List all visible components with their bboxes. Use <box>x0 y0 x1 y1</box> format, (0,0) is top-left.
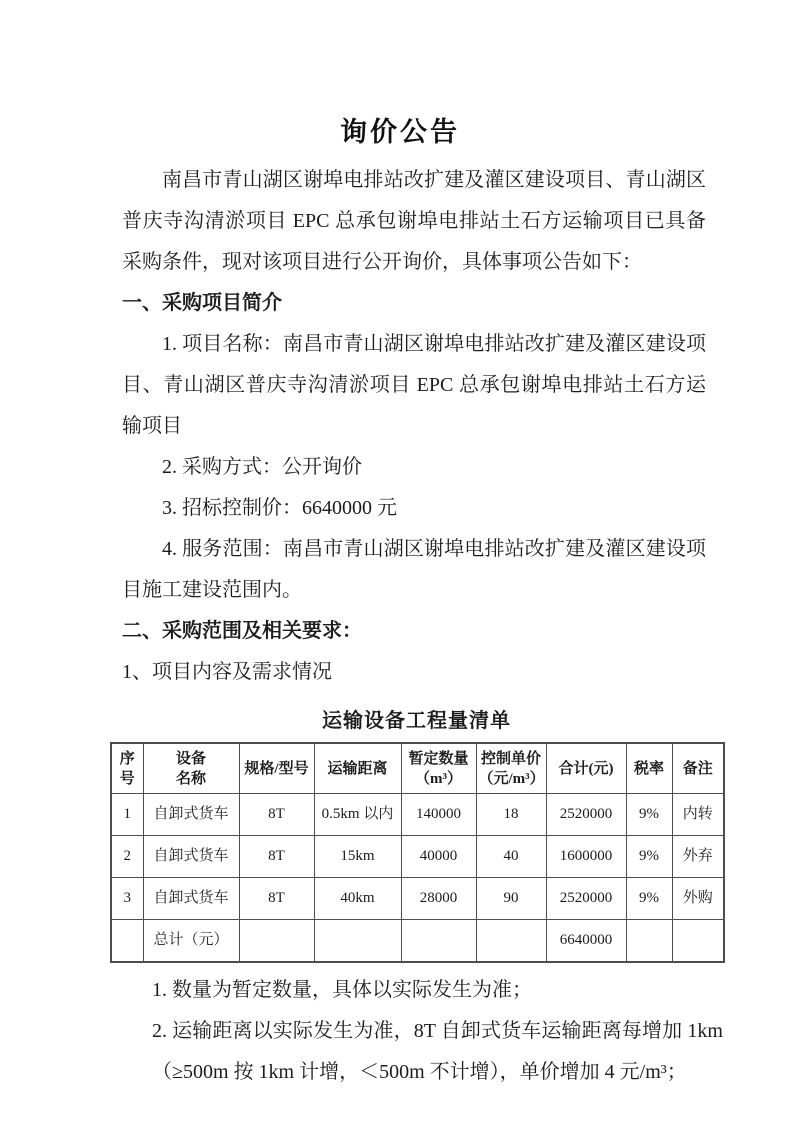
column-header-provisional-quantity: 暂定数量 （m³） <box>401 743 476 794</box>
cell-remark: 外购 <box>672 878 724 920</box>
cell-transport-distance: 15km <box>314 836 401 878</box>
column-header-tax-rate: 税率 <box>626 743 672 794</box>
table-row: 2 自卸式货车 8T 15km 40000 40 1600000 9% 外弃 <box>111 836 724 878</box>
cell-transport-distance: 40km <box>314 878 401 920</box>
column-header-device-name: 设备 名称 <box>143 743 239 794</box>
total-label-cell: 总计（元） <box>143 920 239 963</box>
page-title: 询价公告 <box>0 0 800 154</box>
total-row: 总计（元） 6640000 <box>111 920 724 963</box>
cell-spec-model: 8T <box>239 836 314 878</box>
header-line: 设备 <box>146 749 237 769</box>
cell-seq: 1 <box>111 794 143 836</box>
header-line: 号 <box>114 769 141 789</box>
header-line: 序 <box>114 749 141 769</box>
cell-empty <box>476 920 546 963</box>
cell-empty <box>626 920 672 963</box>
header-line: 控制单价 <box>479 749 544 769</box>
cell-total: 2520000 <box>546 878 626 920</box>
header-line: （m³） <box>404 769 474 789</box>
column-header-seq: 序 号 <box>111 743 143 794</box>
section-2-subheading: 1、项目内容及需求情况 <box>122 652 706 693</box>
table-title: 运输设备工程量清单 <box>110 701 723 742</box>
header-line: 备注 <box>675 759 722 779</box>
equipment-table-section: 运输设备工程量清单 序 号 设备 名称 <box>110 701 723 1093</box>
cell-tax-rate: 9% <box>626 836 672 878</box>
cell-tax-rate: 9% <box>626 794 672 836</box>
section-1-heading: 一、采购项目简介 <box>122 283 706 324</box>
total-value-cell: 6640000 <box>546 920 626 963</box>
header-line: （元/m³） <box>479 769 544 789</box>
column-header-control-unit-price: 控制单价 （元/m³） <box>476 743 546 794</box>
cell-provisional-quantity: 28000 <box>401 878 476 920</box>
column-header-spec-model: 规格/型号 <box>239 743 314 794</box>
cell-tax-rate: 9% <box>626 878 672 920</box>
cell-seq: 2 <box>111 836 143 878</box>
cell-remark: 外弃 <box>672 836 724 878</box>
header-line: 规格/型号 <box>242 759 312 779</box>
intro-paragraph: 南昌市青山湖区谢埠电排站改扩建及灌区建设项目、青山湖区普庆寺沟清淤项目 EPC … <box>122 160 706 283</box>
document-page: 询价公告 南昌市青山湖区谢埠电排站改扩建及灌区建设项目、青山湖区普庆寺沟清淤项目… <box>0 0 800 1132</box>
column-header-total-yuan: 合计(元) <box>546 743 626 794</box>
cell-seq: 3 <box>111 878 143 920</box>
equipment-table: 序 号 设备 名称 规格/型号 运输距离 <box>110 742 725 963</box>
cell-provisional-quantity: 140000 <box>401 794 476 836</box>
cell-remark: 内转 <box>672 794 724 836</box>
table-header-row: 序 号 设备 名称 规格/型号 运输距离 <box>111 743 724 794</box>
header-line: 名称 <box>146 769 237 789</box>
section-1-item-project-name: 1. 项目名称：南昌市青山湖区谢埠电排站改扩建及灌区建设项目、青山湖区普庆寺沟清… <box>122 324 706 447</box>
document-body: 南昌市青山湖区谢埠电排站改扩建及灌区建设项目、青山湖区普庆寺沟清淤项目 EPC … <box>122 160 706 1093</box>
cell-empty <box>314 920 401 963</box>
cell-provisional-quantity: 40000 <box>401 836 476 878</box>
cell-control-unit-price: 90 <box>476 878 546 920</box>
cell-transport-distance: 0.5km 以内 <box>314 794 401 836</box>
cell-control-unit-price: 18 <box>476 794 546 836</box>
cell-seq-empty <box>111 920 143 963</box>
header-line: 税率 <box>629 759 670 779</box>
cell-device-name: 自卸式货车 <box>143 794 239 836</box>
section-1-item-procurement-method: 2. 采购方式：公开询价 <box>122 447 706 488</box>
section-1-item-control-price: 3. 招标控制价：6640000 元 <box>122 488 706 529</box>
section-2-heading: 二、采购范围及相关要求： <box>122 611 706 652</box>
column-header-transport-distance: 运输距离 <box>314 743 401 794</box>
cell-empty <box>239 920 314 963</box>
cell-device-name: 自卸式货车 <box>143 878 239 920</box>
header-line: 暂定数量 <box>404 749 474 769</box>
cell-spec-model: 8T <box>239 878 314 920</box>
footnote-2: 2. 运输距离以实际发生为准，8T 自卸式货车运输距离每增加 1km（≥500m… <box>152 1011 723 1093</box>
footnote-1: 1. 数量为暂定数量，具体以实际发生为准； <box>152 970 723 1011</box>
column-header-remark: 备注 <box>672 743 724 794</box>
cell-total: 2520000 <box>546 794 626 836</box>
footnotes: 1. 数量为暂定数量，具体以实际发生为准； 2. 运输距离以实际发生为准，8T … <box>152 970 723 1093</box>
header-line: 合计(元) <box>549 759 624 779</box>
header-line: 运输距离 <box>317 759 399 779</box>
cell-device-name: 自卸式货车 <box>143 836 239 878</box>
cell-empty <box>401 920 476 963</box>
cell-empty <box>672 920 724 963</box>
cell-total: 1600000 <box>546 836 626 878</box>
cell-spec-model: 8T <box>239 794 314 836</box>
cell-control-unit-price: 40 <box>476 836 546 878</box>
section-1-item-service-scope: 4. 服务范围：南昌市青山湖区谢埠电排站改扩建及灌区建设项目施工建设范围内。 <box>122 529 706 611</box>
table-row: 1 自卸式货车 8T 0.5km 以内 140000 18 2520000 9%… <box>111 794 724 836</box>
table-row: 3 自卸式货车 8T 40km 28000 90 2520000 9% 外购 <box>111 878 724 920</box>
